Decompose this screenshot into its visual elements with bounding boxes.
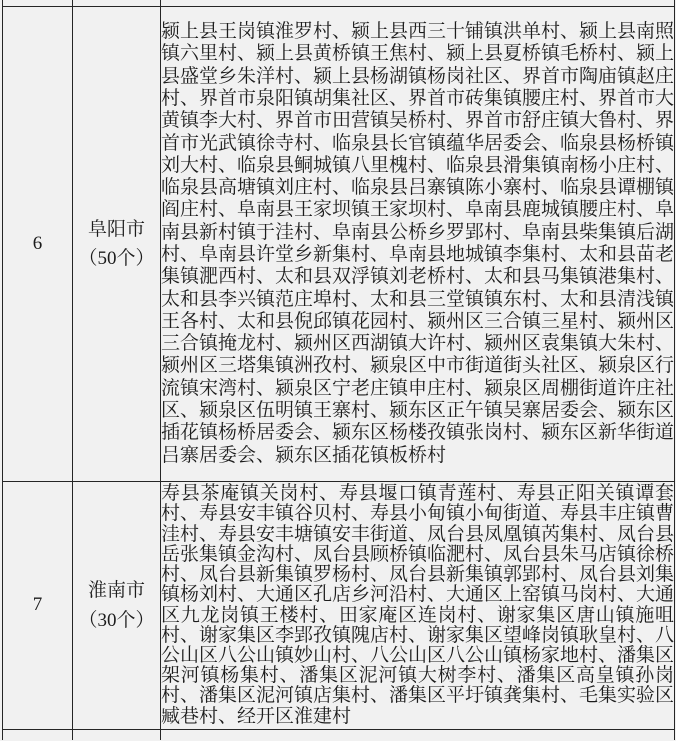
row-number: 6 [33, 233, 43, 254]
document-page: 6 阜阳市（50个） 颍上县王岗镇淮罗村、颍上县西三十铺镇洪单村、颍上县南照镇六… [0, 0, 676, 741]
city-count: （50个） [78, 248, 154, 269]
row-number-cell: 6 [3, 7, 73, 482]
row-number: 7 [33, 594, 43, 615]
partial-cell [3, 730, 73, 741]
row-number-cell: 7 [3, 482, 73, 730]
table-row-huainan: 7 淮南市（30个） 寿县茶庵镇关岗村、寿县堰口镇青莲村、寿县正阳关镇谭套村、寿… [3, 482, 675, 730]
city-cell: 阜阳市（50个） [73, 7, 161, 482]
city-count: （30个） [78, 610, 154, 631]
city-name: 淮南市 [88, 580, 145, 601]
village-table: 6 阜阳市（50个） 颍上县王岗镇淮罗村、颍上县西三十铺镇洪单村、颍上县南照镇六… [2, 0, 675, 740]
partial-row-bottom [3, 730, 675, 741]
city-name: 阜阳市 [88, 219, 145, 240]
villages-list-cell: 寿县茶庵镇关岗村、寿县堰口镇青莲村、寿县正阳关镇谭套村、寿县安丰镇谷贝村、寿县小… [161, 482, 675, 730]
villages-list: 颍上县王岗镇淮罗村、颍上县西三十铺镇洪单村、颍上县南照镇六里村、颍上县黄桥镇王焦… [161, 21, 674, 466]
partial-cell [161, 730, 675, 741]
city-cell: 淮南市（30个） [73, 482, 161, 730]
villages-list-cell: 颍上县王岗镇淮罗村、颍上县西三十铺镇洪单村、颍上县南照镇六里村、颍上县黄桥镇王焦… [161, 7, 675, 482]
table-row-fuyang: 6 阜阳市（50个） 颍上县王岗镇淮罗村、颍上县西三十铺镇洪单村、颍上县南照镇六… [3, 7, 675, 482]
partial-cell [73, 730, 161, 741]
villages-list: 寿县茶庵镇关岗村、寿县堰口镇青莲村、寿县正阳关镇谭套村、寿县安丰镇谷贝村、寿县小… [161, 483, 674, 726]
